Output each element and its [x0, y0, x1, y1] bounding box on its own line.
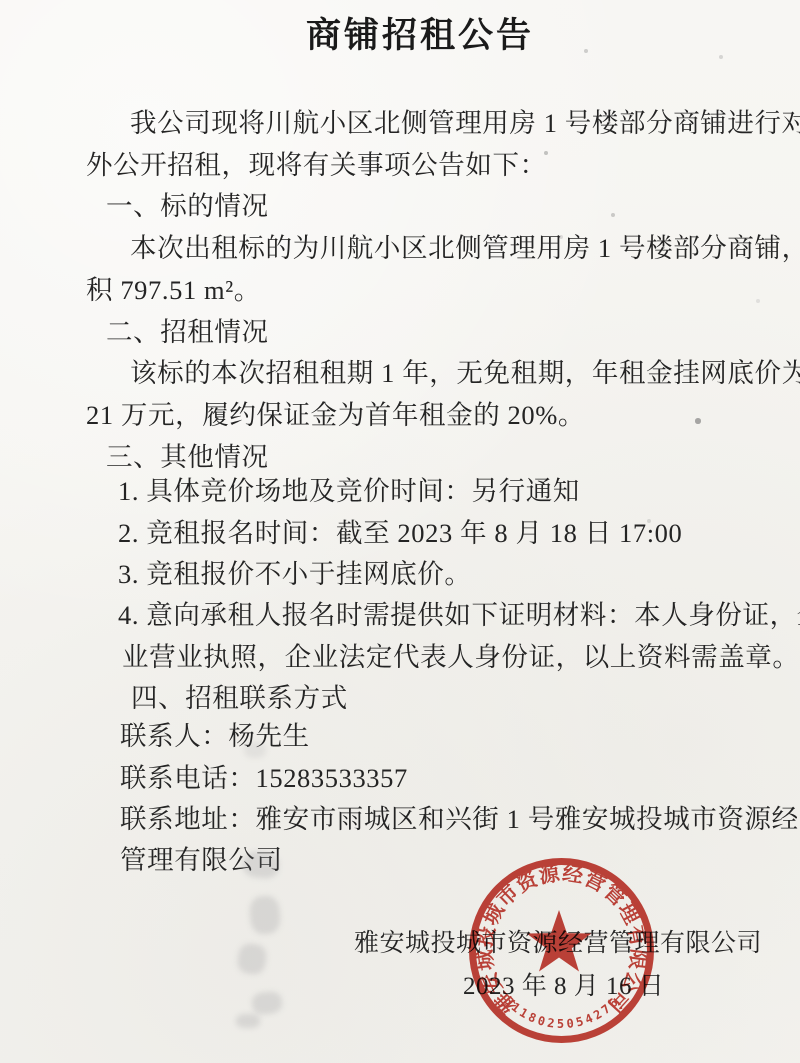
company-seal: 雅安城投城市资源经营管理有限公司 5118025054276 [459, 848, 665, 1054]
list-item-3: 3. 竞租报价不小于挂网底价。 [118, 552, 472, 591]
body-line-4: 本次出租标的为川航小区北侧管理用房 1 号楼部分商铺，面 [130, 226, 800, 265]
contact-phone-line: 联系电话：15283533357 [120, 756, 408, 795]
body-line-2: 外公开招租，现将有关事项公告如下： [86, 143, 547, 182]
list-item-1: 1. 具体竞价场地及竞价时间：另行通知 [118, 469, 580, 508]
body-line-8: 21 万元，履约保证金为首年租金的 20%。 [86, 393, 585, 432]
list-item-4-continued: 业营业执照，企业法定代表人身份证，以上资料需盖章。 [122, 635, 800, 674]
body-line-7: 该标的本次招租租期 1 年，无免租期，年租金挂网底价为 [130, 351, 800, 390]
section-heading-4: 四、招租联系方式 [131, 676, 348, 715]
section-heading-1: 一、标的情况 [106, 184, 269, 223]
scan-smudge [249, 895, 282, 935]
body-line-5: 积 797.51 m²。 [86, 268, 261, 307]
scan-smudge [236, 1014, 260, 1028]
contact-person-line: 联系人：杨先生 [120, 714, 310, 753]
list-item-4: 4. 意向承租人报名时需提供如下证明材料：本人身份证，企 [118, 593, 800, 632]
body-line-1: 我公司现将川航小区北侧管理用房 1 号楼部分商铺进行对 [130, 101, 800, 140]
list-item-2: 2. 竞租报名时间：截至 2023 年 8 月 18 日 17:00 [118, 511, 682, 550]
scan-smudge [244, 742, 266, 758]
contact-address-line: 联系地址：雅安市雨城区和兴街 1 号雅安城投城市资源经营 [120, 797, 800, 836]
page-title: 商铺招租公告 [40, 8, 800, 58]
scan-specks [0, 0, 2, 2]
seal-star-icon [527, 910, 592, 972]
section-heading-2: 二、招租情况 [106, 310, 269, 349]
scan-smudge [251, 990, 283, 1015]
scan-smudge [236, 942, 268, 976]
